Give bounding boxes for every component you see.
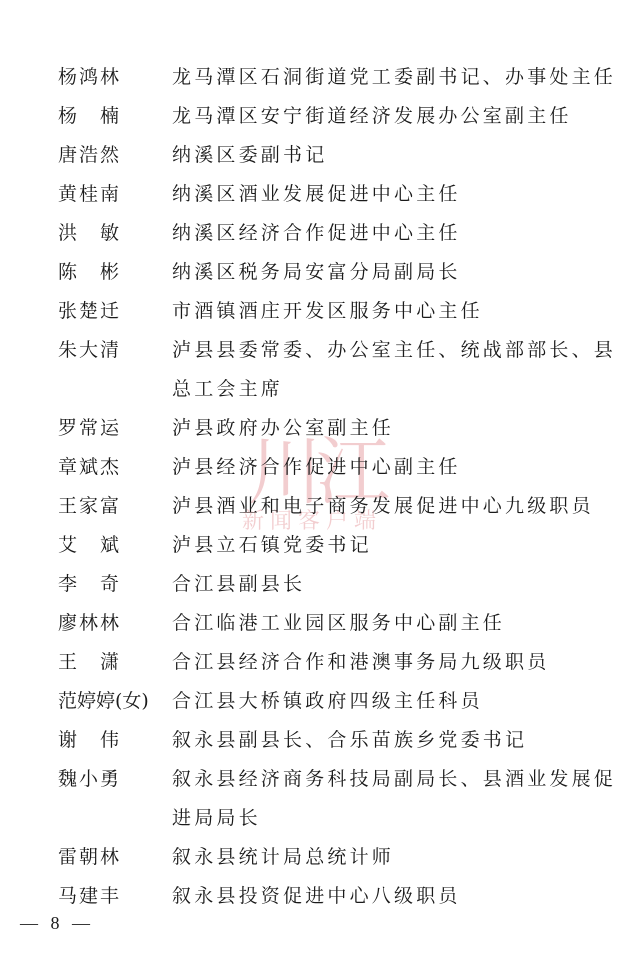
person-role: 泸县县委常委、办公室主任、统战部部长、县总工会主席 [172,331,618,409]
list-item: 陈彬 纳溪区税务局安富分局副局长 [58,253,618,292]
person-role: 纳溪区经济合作促进中心主任 [172,214,618,253]
person-role: 合江县经济合作和港澳事务局九级职员 [172,643,618,682]
person-name: 魏小勇 [58,760,172,799]
person-role: 叙永县副县长、合乐苗族乡党委书记 [172,721,618,760]
list-item: 李奇 合江县副县长 [58,565,618,604]
list-item: 王家富 泸县酒业和电子商务发展促进中心九级职员 [58,487,618,526]
list-item: 廖林林 合江临港工业园区服务中心副主任 [58,604,618,643]
list-item: 罗常运 泸县政府办公室副主任 [58,409,618,448]
person-name: 范婷婷(女) [58,682,172,721]
list-item: 马建丰 叙永县投资促进中心八级职员 [58,877,618,916]
list-item: 黄桂南 纳溪区酒业发展促进中心主任 [58,175,618,214]
person-role: 叙永县经济商务科技局副局长、县酒业发展促进局局长 [172,760,618,838]
person-name: 王家富 [58,487,172,526]
list-item: 杨楠 龙马潭区安宁街道经济发展办公室副主任 [58,97,618,136]
person-role: 市酒镇酒庄开发区服务中心主任 [172,292,618,331]
person-role: 泸县立石镇党委书记 [172,526,618,565]
person-role: 合江县大桥镇政府四级主任科员 [172,682,618,721]
person-name: 罗常运 [58,409,172,448]
page-number: — 8 — [20,913,94,934]
person-role: 龙马潭区石洞街道党工委副书记、办事处主任 [172,58,618,97]
person-name: 廖林林 [58,604,172,643]
list-item: 章斌杰 泸县经济合作促进中心副主任 [58,448,618,487]
person-role: 叙永县统计局总统计师 [172,838,618,877]
list-item: 洪敏 纳溪区经济合作促进中心主任 [58,214,618,253]
person-name: 杨楠 [58,97,172,136]
person-name: 张楚迁 [58,292,172,331]
person-role: 纳溪区税务局安富分局副局长 [172,253,618,292]
person-role: 叙永县投资促进中心八级职员 [172,877,618,916]
list-item: 谢伟 叙永县副县长、合乐苗族乡党委书记 [58,721,618,760]
person-role: 泸县经济合作促进中心副主任 [172,448,618,487]
person-name: 杨鸿林 [58,58,172,97]
person-role: 泸县政府办公室副主任 [172,409,618,448]
person-name: 马建丰 [58,877,172,916]
list-item: 范婷婷(女) 合江县大桥镇政府四级主任科员 [58,682,618,721]
person-name: 李奇 [58,565,172,604]
person-role: 纳溪区酒业发展促进中心主任 [172,175,618,214]
person-name: 王潇 [58,643,172,682]
person-name: 陈彬 [58,253,172,292]
person-role: 纳溪区委副书记 [172,136,618,175]
person-name: 洪敏 [58,214,172,253]
person-role: 合江县副县长 [172,565,618,604]
person-role: 龙马潭区安宁街道经济发展办公室副主任 [172,97,618,136]
list-item: 雷朝林 叙永县统计局总统计师 [58,838,618,877]
list-item: 艾斌 泸县立石镇党委书记 [58,526,618,565]
person-name: 艾斌 [58,526,172,565]
person-role: 合江临港工业园区服务中心副主任 [172,604,618,643]
document-page: 川江 新闻客户端 杨鸿林 龙马潭区石洞街道党工委副书记、办事处主任 杨楠 龙马潭… [0,0,640,962]
person-name: 谢伟 [58,721,172,760]
person-name: 朱大清 [58,331,172,370]
list-item: 唐浩然 纳溪区委副书记 [58,136,618,175]
person-role: 泸县酒业和电子商务发展促进中心九级职员 [172,487,618,526]
person-name: 黄桂南 [58,175,172,214]
personnel-list: 杨鸿林 龙马潭区石洞街道党工委副书记、办事处主任 杨楠 龙马潭区安宁街道经济发展… [58,58,618,916]
person-name: 唐浩然 [58,136,172,175]
list-item: 魏小勇 叙永县经济商务科技局副局长、县酒业发展促进局局长 [58,760,618,838]
list-item: 杨鸿林 龙马潭区石洞街道党工委副书记、办事处主任 [58,58,618,97]
person-name: 章斌杰 [58,448,172,487]
person-name: 雷朝林 [58,838,172,877]
list-item: 朱大清 泸县县委常委、办公室主任、统战部部长、县总工会主席 [58,331,618,409]
list-item: 张楚迁 市酒镇酒庄开发区服务中心主任 [58,292,618,331]
list-item: 王潇 合江县经济合作和港澳事务局九级职员 [58,643,618,682]
